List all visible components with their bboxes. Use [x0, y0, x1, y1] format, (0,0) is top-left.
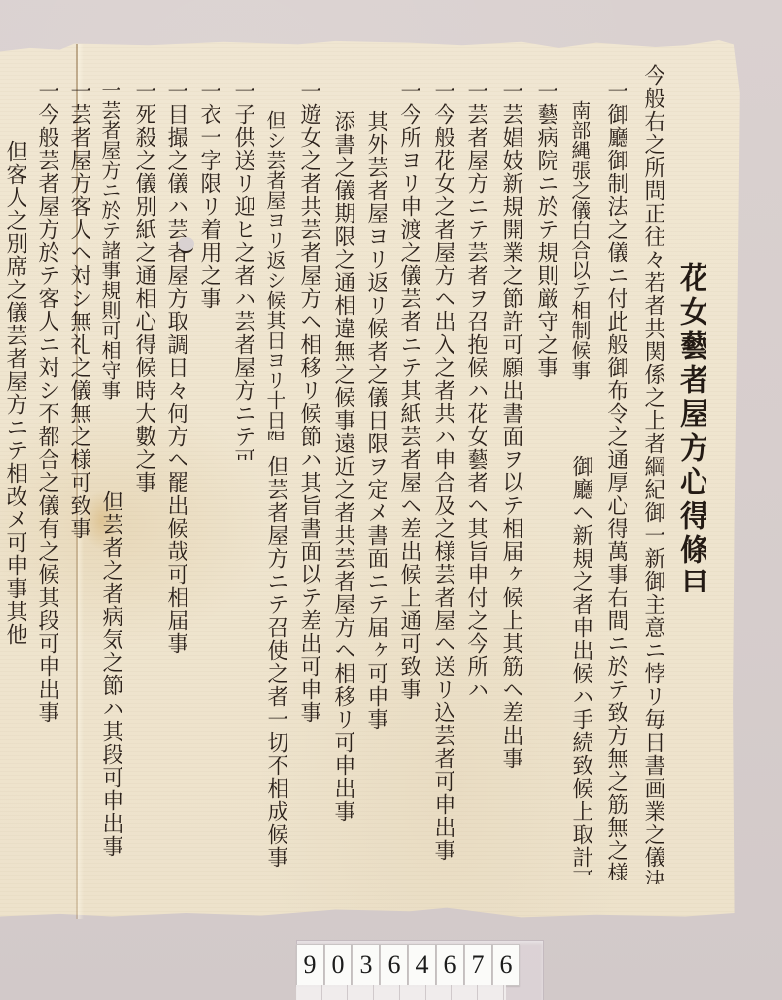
- text-column: 一今所ヨリ申渡之儀芸者ニテ其紙芸者屋ヘ差出候上通可致事: [398, 80, 420, 760]
- text-column: 但芸者屋方ニテ召使之者一切不相成候事: [265, 455, 287, 875]
- text-column: 但芸者之者病気之節ハ其段可申出事: [100, 490, 122, 880]
- catalog-digit: 9: [296, 944, 324, 986]
- text-column: 一目撮之儀ハ芸者屋方取調日々何方ヘ罷出候哉可相届事: [165, 80, 187, 880]
- text-column: 一今般芸者屋方於テ客人ニ対シ不都合之儀有之候其段可申出事: [36, 80, 58, 880]
- text-column: 一今般花女之者屋方ヘ出入之者共ハ申合及之様芸者屋ヘ送リ込芸者可申出事: [432, 80, 454, 870]
- text-column: 一芸娼妓新規開業之節許可願出書面ヲ以テ相届ヶ候上其筋ヘ差出事: [500, 80, 522, 840]
- catalog-digit: 0: [324, 944, 352, 986]
- text-column: 添書之儀期限之通相違無之候事遠近之者共芸者屋方ヘ相移リ可申出事: [332, 110, 354, 880]
- text-column: 一死殺之儀別紙之通相心得候時大數之事: [133, 80, 155, 600]
- catalog-digit: 3: [352, 944, 380, 986]
- text-column: 南部縄張之儀白合以テ相制候事: [570, 100, 590, 440]
- text-column: 御廳ヘ新規之者申出候ハ手続致候上取計可申事: [570, 455, 592, 875]
- text-column: 一子供送リ迎ヒ之者ハ芸者屋方ニテ可取計事: [232, 80, 254, 460]
- document-title: 花女藝者屋方心得條目: [676, 262, 706, 592]
- text-column: 但シ芸者屋ヨリ返シ候其日ヨリ十日限リ相届: [265, 110, 285, 440]
- worm-hole: [178, 237, 194, 251]
- text-column: 一芸者屋方客人ヘ対シ無礼之儀無之様可致事: [68, 80, 90, 880]
- text-column: 一芸者屋方ニ於テ諸事規則可相守事: [100, 80, 120, 480]
- text-column: 一遊女之者共芸者屋方ヘ相移リ候節ハ其旨書面以テ差出可申事: [298, 80, 320, 880]
- text-column: 一御廳御制法之儀ニ付此般御布令之通厚心得萬事右間ニ於テ致方無之筋無之様可致事: [605, 80, 627, 880]
- text-column: 其外芸者屋ヨリ返リ候者之儀日限ヲ定メ書面ニテ届ヶ可申事: [365, 110, 387, 760]
- catalog-number-label: 9 0 3 6 4 6 7 6: [296, 944, 520, 986]
- catalog-digit: 4: [408, 944, 436, 986]
- catalog-digit: 6: [436, 944, 464, 986]
- label-holder-base: [296, 985, 506, 1000]
- text-column: 但客人之別席之儀芸者屋方ニテ相改メ可申事其他: [4, 140, 26, 880]
- text-column: 一芸者屋方ニテ芸者ヲ召抱候ハ花女藝者ヘ其旨申付之今所ハ申合: [465, 80, 487, 700]
- text-columns: 花女藝者屋方心得條目今般右之所問正往々若者共関係之上者綱紀御一新御主意ニ悖リ毎日…: [0, 0, 782, 1000]
- catalog-digit: 6: [492, 944, 520, 986]
- text-column: 今般右之所問正往々若者共関係之上者綱紀御一新御主意ニ悖リ毎日書画業之儀決テ不致様…: [642, 64, 664, 884]
- text-column: 一藝病院ニ於テ規則厳守之事: [535, 80, 557, 480]
- catalog-digit: 6: [380, 944, 408, 986]
- text-column: 一衣一字限リ着用之事: [198, 80, 220, 390]
- catalog-digit: 7: [464, 944, 492, 986]
